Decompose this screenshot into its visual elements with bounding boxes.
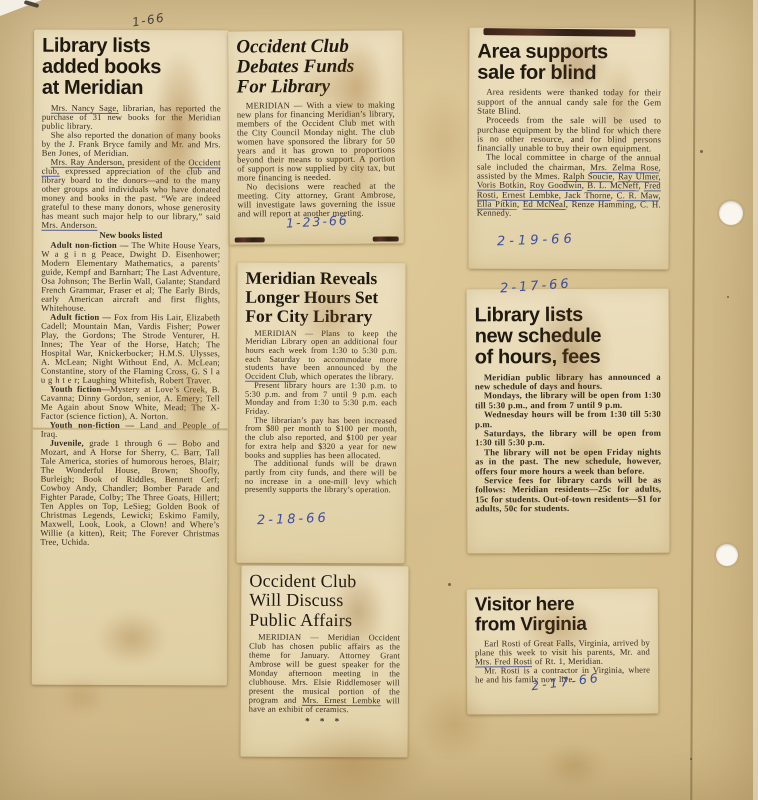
cutoff-print-fragment xyxy=(483,28,635,37)
article-paragraph: Present library hours are 1:30 p.m. to 5… xyxy=(245,382,397,417)
clipping-public-affairs: Occident Club Will Discuss Public Affair… xyxy=(241,566,409,758)
cutoff-print-fragment xyxy=(235,237,265,242)
headline-added-books: Library lists added books at Meridian xyxy=(42,36,221,100)
speck xyxy=(700,150,703,153)
article-paragraph: The additional funds will be drawn partl… xyxy=(245,460,397,495)
article-paragraph: Saturdays, the library will be open from… xyxy=(475,429,661,448)
page-edge xyxy=(753,0,758,800)
handwritten-date: 2-18-66 xyxy=(257,511,329,528)
clipping-occident-debates-funds: Occident Club Debates Funds For Library … xyxy=(228,30,403,244)
article-paragraph: MERIDIAN — Plans to keep the Meridian Li… xyxy=(245,329,397,382)
speck xyxy=(448,583,451,586)
article-paragraph: Mrs. Nancy Sage, librarian, has reported… xyxy=(42,103,221,131)
article-paragraph: Meridian public library has announced a … xyxy=(475,372,661,391)
cutoff-print-fragment xyxy=(373,236,399,241)
punch-hole xyxy=(719,201,743,225)
clipping-library-added-books: Library lists added books at Meridian Mr… xyxy=(32,30,229,686)
headline-new-schedule: Library lists new schedule of hours, fee… xyxy=(475,305,661,369)
handwritten-date: 2-19-66 xyxy=(497,232,576,250)
handwritten-date: 1-66 xyxy=(131,10,166,29)
scrapbook-page: Library lists added books at Meridian Mr… xyxy=(0,0,758,800)
article-paragraph: Adult non-fiction — The White House Year… xyxy=(41,240,220,313)
speck xyxy=(727,296,729,298)
headline-blind-sale: Area supports sale for blind xyxy=(477,42,661,85)
article-paragraph: Mondays, the library will be open from 1… xyxy=(475,391,661,410)
headline-public-affairs: Occident Club Will Discuss Public Affair… xyxy=(249,572,400,631)
article-paragraph: The library will not be open Friday nigh… xyxy=(475,447,661,476)
stain xyxy=(543,743,605,789)
article-paragraph: Area residents were thanked today for th… xyxy=(477,88,661,117)
headline-visitor: Visitor here from Virginia xyxy=(475,595,650,636)
article-paragraph: She also reported the donation of many b… xyxy=(42,130,221,158)
article-paragraph: Mrs. Ray Anderson, president of the Occi… xyxy=(41,157,220,230)
article-paragraph: Earl Rosti of Great Falls, Virginia, arr… xyxy=(475,639,650,667)
headline-debates-funds: Occident Club Debates Funds For Library xyxy=(236,36,394,97)
article-paragraph: MERIDIAN — Meridian Occident Club has ch… xyxy=(249,634,400,715)
speck xyxy=(690,758,692,760)
clipping-visitor-from-virginia: Visitor here from Virginia Earl Rosti of… xyxy=(467,589,659,715)
article-paragraph: Adult fiction — Fox from His Lair, Eliza… xyxy=(41,312,220,385)
article-paragraph: No decisions were reached at the meeting… xyxy=(237,181,395,218)
article-paragraph: The librarian’s pay has been increased f… xyxy=(245,416,397,460)
article-paragraph: Youth fiction—Mystery at Love’s Creek, B… xyxy=(41,384,220,421)
article-paragraph: Wednesday hours will be from 1:30 till 5… xyxy=(475,410,661,429)
end-of-article-stars: * * * xyxy=(249,716,400,727)
punch-hole xyxy=(716,544,738,566)
article-paragraph: The local committee in charge of the ann… xyxy=(477,153,661,219)
page-crease-line xyxy=(690,0,695,800)
headline-longer-hours: Meridian Reveals Longer Hours Set For Ci… xyxy=(245,269,397,326)
article-paragraph: Proceeds from the sale will be used to p… xyxy=(477,116,661,154)
article-paragraph: Service fees for library cards will be a… xyxy=(475,476,661,514)
clipping-new-schedule: Library lists new schedule of hours, fee… xyxy=(467,289,670,554)
article-paragraph: Juvenile, grade 1 through 6 — Bobo and M… xyxy=(40,438,219,547)
stain xyxy=(412,88,474,192)
article-paragraph: MERIDIAN — With a view to making new pla… xyxy=(237,100,396,182)
